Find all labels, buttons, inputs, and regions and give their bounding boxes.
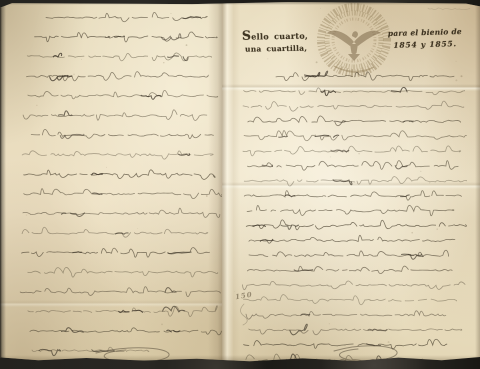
handwritten-text-left bbox=[0, 2, 222, 362]
document-scan: Sello cuarto, una cuartilla, bbox=[0, 0, 480, 369]
paper-spread: Sello cuarto, una cuartilla, bbox=[0, 2, 480, 362]
stamp-class-text: Sello cuarto, una cuartilla, bbox=[242, 27, 324, 55]
left-page bbox=[0, 2, 222, 362]
stamp-validity-text: para el bienio de 1854 y 1855. bbox=[380, 26, 471, 52]
stamp-class-line-2: una cuartilla, bbox=[242, 42, 324, 55]
right-page: Sello cuarto, una cuartilla, bbox=[222, 2, 480, 362]
stamp-validity-line-2: 1854 y 1855. bbox=[380, 38, 470, 52]
margin-number: 150 bbox=[234, 290, 253, 302]
stamp-class-line-1: Sello cuarto, bbox=[242, 27, 324, 43]
